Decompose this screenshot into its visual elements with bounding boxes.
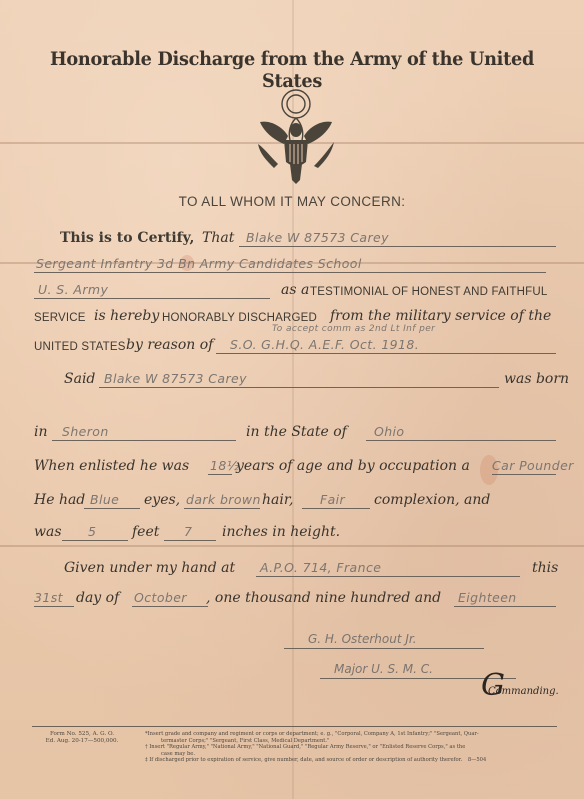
description-line: He had Blue eyes, dark brown hair, Fair … (34, 490, 556, 512)
hereby-label: is hereby (94, 308, 159, 324)
honorably-discharged-label: Honorably Discharged (162, 312, 317, 324)
grade-underline (34, 272, 546, 273)
year-underline (454, 606, 556, 607)
united-states-label: United States (34, 341, 126, 353)
eyes-underline (84, 508, 140, 509)
complexion-field: Fair (320, 492, 345, 507)
great-seal-eagle-icon (250, 84, 342, 184)
soldier-name-field: Blake W 87573 Carey (246, 230, 389, 245)
footnote-1: *Insert grade and company and regiment o… (145, 731, 555, 738)
height-line: was 5 feet 7 inches in height. (34, 522, 556, 544)
footnote-2-cont: case may be. (145, 751, 555, 758)
as-a-label: as a (281, 282, 309, 298)
footnote-2: † Insert "Regular Army," "National Army,… (145, 744, 555, 751)
branch-field: U. S. Army (38, 282, 108, 297)
was-born-label: was born (504, 371, 569, 387)
date-line: 31st day of October , one thousand nine … (34, 588, 556, 610)
hair-field: dark brown (186, 492, 261, 507)
salutation: TO ALL WHOM IT MAY CONCERN: (0, 194, 584, 209)
hair-underline (184, 508, 260, 509)
certify-lead: This is to Certify, (60, 230, 194, 246)
inches-field: 7 (184, 524, 192, 539)
he-had-label: He had (34, 492, 85, 508)
grade-field: Sergeant Infantry 3d Bn Army Candidates … (36, 256, 362, 271)
given-line: Given under my hand at A.P.O. 714, Franc… (34, 558, 556, 580)
form-number-text: Form No. 525, A. G. O. (32, 731, 132, 738)
when-enlisted-label: When enlisted he was (34, 458, 189, 474)
form-edition-text: Ed. Aug. 20-17—500,000. (32, 738, 132, 745)
footnote-3: ‡ If discharged prior to expiration of s… (145, 757, 555, 764)
said-name-field: Blake W 87573 Carey (104, 371, 247, 386)
said-label: Said (64, 371, 95, 387)
birth-city-field: Sheron (62, 424, 109, 439)
grade-line: Sergeant Infantry 3d Bn Army Candidates … (34, 254, 556, 276)
reason-underline (216, 353, 556, 354)
years-occupation-label: years of age and by occupation a (236, 458, 470, 474)
that-label: That (202, 230, 234, 246)
eyes-label: eyes, (144, 492, 180, 508)
given-label: Given under my hand at (64, 560, 235, 576)
footnotes: *Insert grade and company and regiment o… (145, 731, 555, 764)
age-field: 18½ (210, 458, 239, 473)
given-place-field: A.P.O. 714, France (260, 560, 381, 575)
city-underline (52, 440, 236, 441)
reason-annotation-field: To accept comm as 2nd Lt Inf per (272, 324, 435, 334)
reason-line: United States by reason of S.O. G.H.Q. A… (34, 335, 556, 357)
commanding-label: Commanding. (488, 686, 559, 697)
footnote-3-text: ‡ If discharged prior to expiration of s… (145, 757, 462, 763)
day-field: 31st (34, 590, 63, 605)
month-field: October (134, 590, 187, 605)
branch-underline (34, 298, 270, 299)
testimonial-line: U. S. Army as a Testimonial of Honest an… (34, 280, 556, 302)
inches-label: inches in height. (222, 524, 340, 540)
state-underline (366, 440, 556, 441)
said-line: Said Blake W 87573 Carey was born (34, 369, 556, 391)
signatory-rank-field: Major U. S. M. C. (334, 662, 433, 676)
day-of-label: day of (76, 590, 119, 606)
by-reason-label: by reason of (126, 337, 213, 353)
print-code: 8—504 (468, 757, 486, 763)
from-service-label: from the military service of the (330, 308, 551, 324)
signatory-name-field: G. H. Osterhout Jr. (308, 632, 417, 646)
feet-underline (62, 540, 128, 541)
service-line: Service is hereby Honorably Discharged f… (34, 306, 556, 328)
complexion-underline (302, 508, 370, 509)
year-field: Eighteen (458, 590, 517, 605)
age-underline (208, 474, 232, 475)
footnote-1-cont: termaster Corps;" "Sergeant, First Class… (145, 738, 555, 745)
service-label: Service (34, 312, 86, 324)
occupation-underline (492, 474, 556, 475)
signature-underline (284, 648, 484, 649)
feet-field: 5 (88, 524, 96, 539)
feet-label: feet (132, 524, 159, 540)
occupation-field: Car Pounder (492, 458, 574, 473)
eyes-field: Blue (90, 492, 119, 507)
footer-divider (32, 726, 557, 727)
certify-line: This is to Certify, That Blake W 87573 C… (34, 228, 556, 250)
birth-state-field: Ohio (374, 424, 404, 439)
form-number: Form No. 525, A. G. O. Ed. Aug. 20-17—50… (32, 731, 132, 745)
this-label: this (532, 560, 558, 576)
complexion-label: complexion, and (374, 492, 490, 508)
said-name-underline (99, 387, 499, 388)
hair-label: hair, (262, 492, 293, 508)
name-underline (239, 246, 556, 247)
state-label: in the State of (246, 424, 347, 440)
place-underline (256, 576, 520, 577)
year-text-label: , one thousand nine hundred and (206, 590, 441, 606)
was-label: was (34, 524, 62, 540)
reason-field: S.O. G.H.Q. A.E.F. Oct. 1918. (230, 337, 419, 352)
day-underline (34, 606, 74, 607)
inches-underline (164, 540, 216, 541)
in-label: in (34, 424, 48, 440)
enlistment-line: When enlisted he was 18½ years of age an… (34, 456, 556, 478)
testimonial-label: Testimonial of Honest and Faithful (310, 286, 547, 298)
month-underline (132, 606, 208, 607)
birthplace-line: in Sheron in the State of Ohio (34, 422, 556, 444)
